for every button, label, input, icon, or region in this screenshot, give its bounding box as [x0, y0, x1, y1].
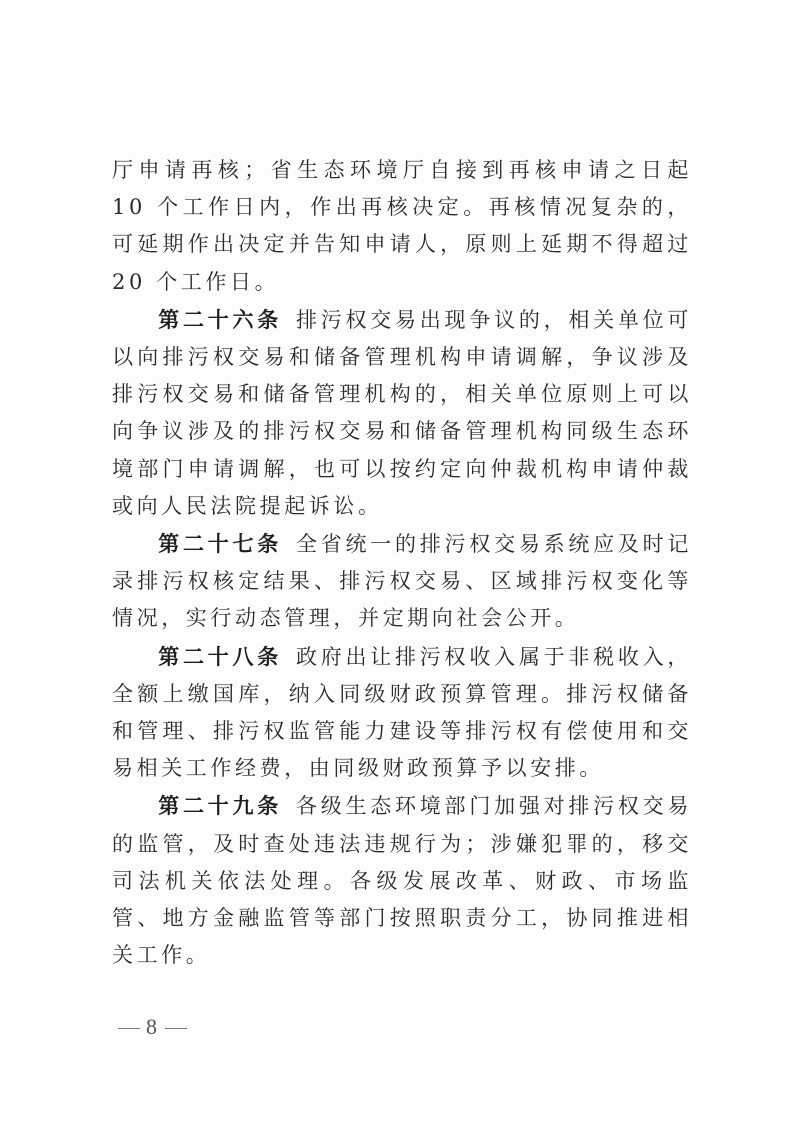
article-number: 第二十九条 — [158, 793, 282, 818]
article-28: 第二十八条政府出让排污权收入属于非税收入，全额上缴国库，纳入同级财政预算管理。排… — [112, 638, 692, 788]
dash-right-icon — [165, 1028, 187, 1029]
article-text: 各级生态环境部门加强对排污权交易的监管，及时查处违法违规行为；涉嫌犯罪的，移交司… — [112, 794, 692, 967]
paragraph-text: 厅申请再核；省生态环境厅自接到再核申请之日起 10 个工作日内，作出再核决定。再… — [112, 158, 692, 294]
page-footer: 8 — [112, 1014, 193, 1040]
page-number: 8 — [146, 1014, 159, 1039]
article-26: 第二十六条排污权交易出现争议的，相关单位可以向排污权交易和储备管理机构申请调解，… — [112, 301, 692, 525]
article-27: 第二十七条全省统一的排污权交易系统应及时记录排污权核定结果、排污权交易、区域排污… — [112, 525, 692, 638]
article-29: 第二十九条各级生态环境部门加强对排污权交易的监管，及时查处违法违规行为；涉嫌犯罪… — [112, 787, 692, 974]
article-number: 第二十八条 — [158, 644, 282, 669]
article-number: 第二十七条 — [158, 531, 282, 556]
document-body: 厅申请再核；省生态环境厅自接到再核申请之日起 10 个工作日内，作出再核决定。再… — [112, 152, 692, 974]
document-page: 厅申请再核；省生态环境厅自接到再核申请之日起 10 个工作日内，作出再核决定。再… — [0, 0, 794, 1122]
article-text: 排污权交易出现争议的，相关单位可以向排污权交易和储备管理机构申请调解，争议涉及排… — [112, 308, 692, 518]
dash-left-icon — [118, 1028, 140, 1029]
paragraph-continuation: 厅申请再核；省生态环境厅自接到再核申请之日起 10 个工作日内，作出再核决定。再… — [112, 152, 692, 301]
article-number: 第二十六条 — [158, 307, 282, 332]
